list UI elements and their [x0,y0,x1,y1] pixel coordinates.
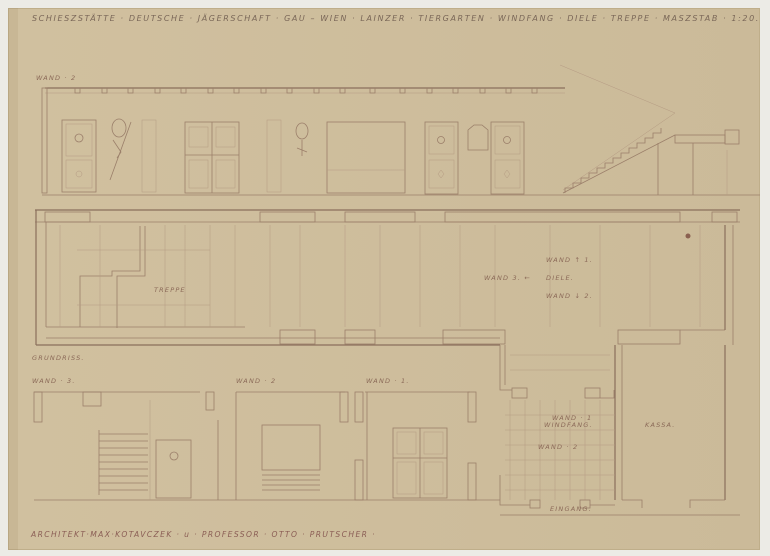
label-kassa: KASSA. [645,421,676,429]
label-hall-wall-3: WAND 3. ← [484,274,531,282]
label-wand-2-top: WAND · 2 [36,74,76,82]
architectural-drawing [0,0,770,556]
label-hall-wall-2: WAND ↓ 2. [546,292,593,300]
elevation-wand-2 [42,65,760,195]
elevations-bottom [34,392,500,500]
label-wand-2: WAND · 2 [236,377,276,385]
label-windfang: WINDFANG. [544,421,593,429]
label-wand-1: WAND · 1. [366,377,410,385]
label-wand-3: WAND · 3. [32,377,76,385]
label-diele: DIELE. [546,274,574,282]
label-treppe: TREPPE [154,286,186,294]
label-hall-wall-1: WAND ↑ 1. [546,256,593,264]
label-vestibule-wall-2: WAND · 2 [538,443,578,451]
label-grundriss: GRUNDRISS. [32,354,85,362]
architect-credit: ARCHITEKT·MAX·KOTAVCZEK · u · PROFESSOR … [31,530,376,539]
label-eingang: EINGANG. [550,505,592,513]
